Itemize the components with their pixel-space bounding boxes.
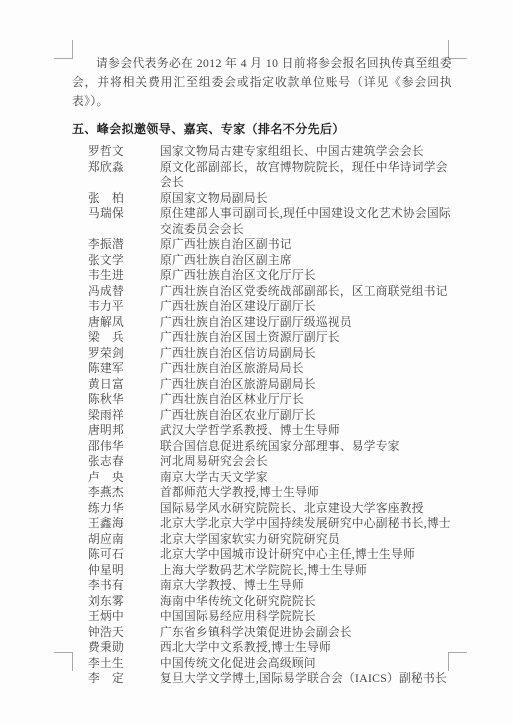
attendee-title: 中国国际易经应用科学院院长 bbox=[160, 609, 452, 625]
attendee-row: 陈建军 广西壮族自治区旅游局局长 bbox=[72, 361, 452, 377]
attendee-title: 广西壮族自治区建设厅副厅级巡视员 bbox=[160, 315, 452, 331]
attendee-name: 张文学 bbox=[88, 253, 144, 269]
attendee-title: 广西壮族自治区旅游局副局长 bbox=[160, 377, 452, 393]
attendee-row: 李土生 中国传统文化促进会高级顾问 bbox=[72, 656, 452, 672]
attendee-row: 陈可石 北京大学中国城市设计研究中心主任,博士生导师 bbox=[72, 547, 452, 563]
attendee-name: 唐明邦 bbox=[88, 423, 144, 439]
attendee-title: 上海大学数码艺术学院院长,博士生导师 bbox=[160, 563, 452, 579]
attendee-name: 陈可石 bbox=[88, 547, 144, 563]
attendee-name: 仲星明 bbox=[88, 563, 144, 579]
attendee-row: 胡应南 北京大学国家软实力研究院研究员 bbox=[72, 532, 452, 548]
attendee-name: 冯成替 bbox=[88, 284, 144, 300]
attendee-name: 胡应南 bbox=[88, 532, 144, 548]
attendee-name: 陈建军 bbox=[88, 361, 144, 377]
attendee-row: 邵伟华 联合国信息促进系统国家分部理事、易学专家 bbox=[72, 439, 452, 455]
attendee-title: 原文化部副部长，故宫博物院院长，现任中华诗词学会会长 bbox=[160, 160, 452, 191]
attendee-title: 原国家文物局副局长 bbox=[160, 191, 452, 207]
attendee-title: 首都师范大学教授,博士生导师 bbox=[160, 485, 452, 501]
attendee-row: 李 定 复旦大学文学博士,国际易学联合会（IAICS）副秘书长 bbox=[72, 671, 452, 687]
attendee-row: 罗荣剑 广西壮族自治区信访局副局长 bbox=[72, 346, 452, 362]
attendee-title: 河北周易研究会会长 bbox=[160, 454, 452, 470]
attendee-row: 罗哲文 国家文物局古建专家组组长、中国古建筑学会会长 bbox=[72, 144, 452, 160]
attendee-title: 西北大学中文系教授,博士生导师 bbox=[160, 640, 452, 656]
attendee-row: 仲星明 上海大学数码艺术学院院长,博士生导师 bbox=[72, 563, 452, 579]
attendee-row: 练力华 国际易学风水研究院院长、北京建设大学客座教授 bbox=[72, 501, 452, 517]
attendee-title: 国际易学风水研究院院长、北京建设大学客座教授 bbox=[160, 501, 452, 517]
attendee-name: 练力华 bbox=[88, 501, 144, 517]
document-page: 请参会代表务必在 2012 年 4 月 10 日前将参会报名回执传真至组委会，并… bbox=[0, 0, 513, 724]
attendee-row: 李振潜 原广西壮族自治区副书记 bbox=[72, 237, 452, 253]
attendee-title: 广西壮族自治区农业厅副厅长 bbox=[160, 408, 452, 424]
attendee-title: 北京大学北京大学中国持续发展研究中心副秘书长,博士 bbox=[160, 516, 452, 532]
attendee-row: 陈秋华 广西壮族自治区林业厅厅长 bbox=[72, 392, 452, 408]
attendee-row: 梁 兵 广西壮族自治区国土资源厅副厅长 bbox=[72, 330, 452, 346]
attendee-title: 原广西壮族自治区文化厅厅长 bbox=[160, 268, 452, 284]
crop-mark-bottom-left bbox=[54, 652, 73, 671]
attendee-row: 张文学 原广西壮族自治区副主席 bbox=[72, 253, 452, 269]
attendee-row: 马瑞保 原住建部人事司副司长,现任中国建设文化艺术协会国际交流委员会会长 bbox=[72, 206, 452, 237]
attendee-title: 海南中华传统文化研究院院长 bbox=[160, 594, 452, 610]
attendee-row: 梁雨祥 广西壮族自治区农业厅副厅长 bbox=[72, 408, 452, 424]
attendee-title: 广西壮族自治区林业厅厅长 bbox=[160, 392, 452, 408]
attendee-title: 南京大学教授、博士生导师 bbox=[160, 578, 452, 594]
attendee-row: 王炳中 中国国际易经应用科学院院长 bbox=[72, 609, 452, 625]
attendee-name: 唐解凤 bbox=[88, 315, 144, 331]
attendee-list: 罗哲文 国家文物局古建专家组组长、中国古建筑学会会长 郑欣淼 原文化部副部长，故… bbox=[72, 144, 452, 687]
attendee-name: 李土生 bbox=[88, 656, 144, 672]
attendee-title: 武汉大学哲学系教授、博士生导师 bbox=[160, 423, 452, 439]
intro-paragraph: 请参会代表务必在 2012 年 4 月 10 日前将参会报名回执传真至组委会，并… bbox=[72, 54, 452, 111]
attendee-name: 罗哲文 bbox=[88, 144, 144, 160]
attendee-name: 邵伟华 bbox=[88, 439, 144, 455]
attendee-row: 郑欣淼 原文化部副部长，故宫博物院院长，现任中华诗词学会会长 bbox=[72, 160, 452, 191]
attendee-name: 马瑞保 bbox=[88, 206, 144, 222]
attendee-title: 南京大学古天文学家 bbox=[160, 470, 452, 486]
attendee-row: 唐解凤 广西壮族自治区建设厅副厅级巡视员 bbox=[72, 315, 452, 331]
crop-mark-top-left bbox=[54, 40, 73, 59]
attendee-title: 广西壮族自治区旅游局局长 bbox=[160, 361, 452, 377]
attendee-row: 李书有 南京大学教授、博士生导师 bbox=[72, 578, 452, 594]
page-content: 请参会代表务必在 2012 年 4 月 10 日前将参会报名回执传真至组委会，并… bbox=[72, 54, 452, 687]
attendee-name: 李书有 bbox=[88, 578, 144, 594]
attendee-name: 卢 央 bbox=[88, 470, 144, 486]
attendee-name: 王鑫海 bbox=[88, 516, 144, 532]
attendee-name: 韦生进 bbox=[88, 268, 144, 284]
attendee-row: 李燕杰 首都师范大学教授,博士生导师 bbox=[72, 485, 452, 501]
attendee-title: 广西壮族自治区信访局副局长 bbox=[160, 346, 452, 362]
attendee-name: 李振潜 bbox=[88, 237, 144, 253]
attendee-name: 梁雨祥 bbox=[88, 408, 144, 424]
attendee-row: 张 柏 原国家文物局副局长 bbox=[72, 191, 452, 207]
attendee-title: 中国传统文化促进会高级顾问 bbox=[160, 656, 452, 672]
attendee-row: 冯成替 广西壮族自治区党委统战部副部长，区工商联党组书记 bbox=[72, 284, 452, 300]
attendee-name: 韦力平 bbox=[88, 299, 144, 315]
attendee-row: 王鑫海 北京大学北京大学中国持续发展研究中心副秘书长,博士 bbox=[72, 516, 452, 532]
attendee-name: 李 定 bbox=[88, 671, 144, 687]
attendee-name: 王炳中 bbox=[88, 609, 144, 625]
section-heading: 五、峰会拟邀领导、嘉宾、专家（排名不分先后） bbox=[72, 120, 452, 138]
attendee-name: 李燕杰 bbox=[88, 485, 144, 501]
attendee-name: 钟浩天 bbox=[88, 625, 144, 641]
attendee-title: 国家文物局古建专家组组长、中国古建筑学会会长 bbox=[160, 144, 452, 160]
attendee-row: 韦力平 广西壮族自治区建设厅副厅长 bbox=[72, 299, 452, 315]
attendee-title: 原广西壮族自治区副主席 bbox=[160, 253, 452, 269]
attendee-title: 复旦大学文学博士,国际易学联合会（IAICS）副秘书长 bbox=[160, 671, 452, 687]
attendee-row: 费秉勋 西北大学中文系教授,博士生导师 bbox=[72, 640, 452, 656]
attendee-title: 原住建部人事司副司长,现任中国建设文化艺术协会国际交流委员会会长 bbox=[160, 206, 452, 237]
attendee-row: 唐明邦 武汉大学哲学系教授、博士生导师 bbox=[72, 423, 452, 439]
attendee-title: 广西壮族自治区党委统战部副部长，区工商联党组书记 bbox=[160, 284, 452, 300]
attendee-row: 黄日富 广西壮族自治区旅游局副局长 bbox=[72, 377, 452, 393]
attendee-row: 钟浩天 广东省乡镇科学决策促进协会副会长 bbox=[72, 625, 452, 641]
attendee-name: 刘东雾 bbox=[88, 594, 144, 610]
attendee-name: 陈秋华 bbox=[88, 392, 144, 408]
attendee-title: 广东省乡镇科学决策促进协会副会长 bbox=[160, 625, 452, 641]
attendee-name: 费秉勋 bbox=[88, 640, 144, 656]
attendee-name: 郑欣淼 bbox=[88, 160, 144, 176]
attendee-name: 梁 兵 bbox=[88, 330, 144, 346]
attendee-row: 刘东雾 海南中华传统文化研究院院长 bbox=[72, 594, 452, 610]
attendee-title: 北京大学中国城市设计研究中心主任,博士生导师 bbox=[160, 547, 452, 563]
attendee-name: 张志春 bbox=[88, 454, 144, 470]
attendee-row: 张志春 河北周易研究会会长 bbox=[72, 454, 452, 470]
attendee-title: 联合国信息促进系统国家分部理事、易学专家 bbox=[160, 439, 452, 455]
attendee-row: 韦生进 原广西壮族自治区文化厅厅长 bbox=[72, 268, 452, 284]
attendee-name: 黄日富 bbox=[88, 377, 144, 393]
attendee-name: 罗荣剑 bbox=[88, 346, 144, 362]
attendee-title: 广西壮族自治区建设厅副厅长 bbox=[160, 299, 452, 315]
attendee-row: 卢 央 南京大学古天文学家 bbox=[72, 470, 452, 486]
attendee-title: 北京大学国家软实力研究院研究员 bbox=[160, 532, 452, 548]
attendee-name: 张 柏 bbox=[88, 191, 144, 207]
attendee-title: 广西壮族自治区国土资源厅副厅长 bbox=[160, 330, 452, 346]
attendee-title: 原广西壮族自治区副书记 bbox=[160, 237, 452, 253]
